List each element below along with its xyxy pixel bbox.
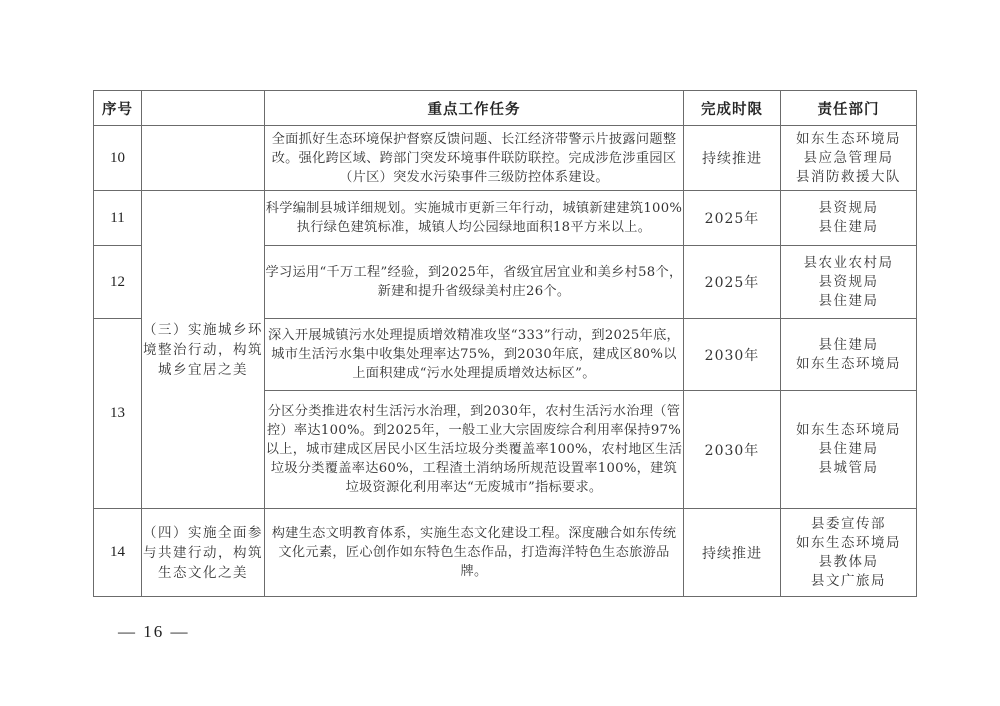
row-number: 12 [94,246,142,319]
department-name: 县文广旅局 [781,572,916,591]
table-header-row: 序号 重点工作任务 完成时限 责任部门 [94,91,917,126]
department-cell: 县资规局 县住建局 [781,191,917,246]
header-task: 重点工作任务 [265,91,684,126]
department-cell: 县农业农村局 县资规局 县住建局 [781,246,917,319]
task-cell: 学习运用“千万工程”经验，到2025年，省级宜居宜业和美乡村58个，新建和提升省… [265,246,684,319]
department-name: 县城管局 [781,459,916,478]
deadline-cell: 持续推进 [684,126,781,191]
deadline-cell: 2025年 [684,246,781,319]
department-cell: 如东生态环境局 县应急管理局 县消防救援大队 [781,126,917,191]
department-name: 县住建局 [781,292,916,311]
department-name: 如东生态环境局 [781,534,916,553]
category-cell: （三）实施城乡环境整治行动，构筑城乡宜居之美 [142,191,265,509]
deadline-cell: 2030年 [684,391,781,509]
deadline-cell: 2025年 [684,191,781,246]
table-row: 14 （四）实施全面参与共建行动，构筑生态文化之美 构建生态文明教育体系，实施生… [94,509,917,597]
category-cell: （四）实施全面参与共建行动，构筑生态文化之美 [142,509,265,597]
deadline-cell: 持续推进 [684,509,781,597]
department-cell: 县住建局 如东生态环境局 [781,319,917,391]
department-name: 县住建局 [781,440,916,459]
row-number: 14 [94,509,142,597]
task-cell: 构建生态文明教育体系，实施生态文化建设工程。深度融合如东传统文化元素，匠心创作如… [265,509,684,597]
department-name: 县委宣传部 [781,515,916,534]
department-name: 如东生态环境局 [781,130,916,149]
category-cell-empty [142,126,265,191]
page-number: — 16 — [118,622,190,642]
task-cell: 全面抓好生态环境保护督察反馈问题、长江经济带警示片披露问题整改。强化跨区域、跨部… [265,126,684,191]
row-number: 13 [94,319,142,509]
department-name: 如东生态环境局 [781,421,916,440]
department-name: 县资规局 [781,273,916,292]
department-name: 如东生态环境局 [781,355,916,374]
header-no: 序号 [94,91,142,126]
department-name: 县教体局 [781,553,916,572]
department-name: 县资规局 [781,199,916,218]
key-tasks-table: 序号 重点工作任务 完成时限 责任部门 10 全面抓好生态环境保护督察反馈问题、… [93,90,917,597]
department-cell: 如东生态环境局 县住建局 县城管局 [781,391,917,509]
task-cell: 分区分类推进农村生活污水治理，到2030年，农村生活污水治理（管控）率达100%… [265,391,684,509]
header-deadline: 完成时限 [684,91,781,126]
department-name: 县住建局 [781,218,916,237]
row-number: 11 [94,191,142,246]
task-cell: 深入开展城镇污水处理提质增效精准攻坚“333”行动，到2025年底，城市生活污水… [265,319,684,391]
task-cell: 科学编制县城详细规划。实施城市更新三年行动，城镇新建建筑100%执行绿色建筑标准… [265,191,684,246]
department-name: 县住建局 [781,336,916,355]
table-row: 11 （三）实施城乡环境整治行动，构筑城乡宜居之美 科学编制县城详细规划。实施城… [94,191,917,246]
department-cell: 县委宣传部 如东生态环境局 县教体局 县文广旅局 [781,509,917,597]
header-category [142,91,265,126]
department-name: 县消防救援大队 [781,168,916,187]
deadline-cell: 2030年 [684,319,781,391]
department-name: 县应急管理局 [781,149,916,168]
header-department: 责任部门 [781,91,917,126]
department-name: 县农业农村局 [781,254,916,273]
row-number: 10 [94,126,142,191]
table-row: 10 全面抓好生态环境保护督察反馈问题、长江经济带警示片披露问题整改。强化跨区域… [94,126,917,191]
